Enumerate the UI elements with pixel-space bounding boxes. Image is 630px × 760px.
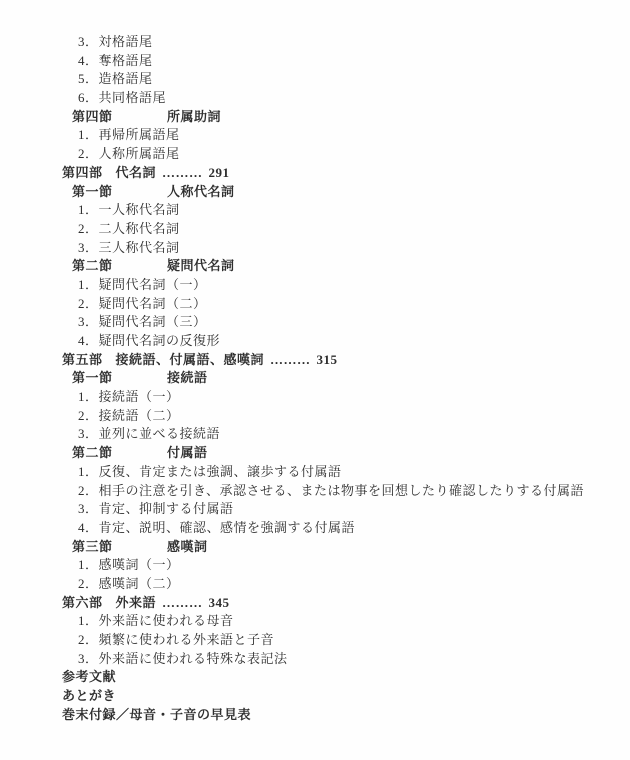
- toc-entry-text: 3．対格語尾: [78, 34, 153, 49]
- toc-entry-text: 2．接続語（二）: [78, 408, 180, 423]
- toc-entry-label: 第二節: [72, 257, 167, 276]
- toc-entry-title: 感嘆詞: [167, 539, 208, 554]
- toc-entry: 巻末付録／母音・子音の早見表: [0, 706, 630, 725]
- document-page: 3．対格語尾4．奪格語尾5．造格語尾6．共同格語尾第四節所属助詞1．再帰所属語尾…: [0, 0, 630, 760]
- toc-entry-text: 2．相手の注意を引き、承認させる、または物事を回想したり確認したりする付属語: [78, 483, 584, 498]
- toc-entry-title: 代名詞: [116, 165, 157, 180]
- toc-entry-label: 第一節: [72, 183, 167, 202]
- toc-entry-text: 1．疑問代名詞（一）: [78, 277, 207, 292]
- toc-page-number: 345: [209, 595, 230, 610]
- toc-entry-label: 第四部: [62, 165, 103, 180]
- toc-entry: 4．奪格語尾: [0, 52, 630, 71]
- toc-entry: 2．感嘆詞（二）: [0, 575, 630, 594]
- toc-entry-text: 巻末付録／母音・子音の早見表: [62, 707, 251, 722]
- toc-entry-label: 第四節: [72, 108, 167, 127]
- leader-dots: ………: [270, 352, 311, 367]
- toc-entry-label: 第六部: [62, 595, 103, 610]
- toc-entry: 第二節付属語: [0, 444, 630, 463]
- toc-entry-title: 人称代名詞: [167, 184, 235, 199]
- toc-entry-title: 接続語、付属語、感嘆詞: [116, 352, 265, 367]
- toc-entry-text: 3．疑問代名詞（三）: [78, 314, 207, 329]
- toc-entry: 第四節所属助詞: [0, 108, 630, 127]
- toc-entry: 3．肯定、抑制する付属語: [0, 500, 630, 519]
- toc-entry: 1．接続語（一）: [0, 388, 630, 407]
- toc-entry-text: 3．並列に並べる接続語: [78, 426, 220, 441]
- toc-entry: 1．反復、肯定または強調、譲歩する付属語: [0, 463, 630, 482]
- toc-entry: 1．疑問代名詞（一）: [0, 276, 630, 295]
- toc-entry-label: 第五部: [62, 352, 103, 367]
- toc-entry: あとがき: [0, 687, 630, 706]
- toc-entry: 第三節感嘆詞: [0, 538, 630, 557]
- toc-entry: 第五部接続語、付属語、感嘆詞………315: [0, 351, 630, 370]
- toc-entry-title: 疑問代名詞: [167, 258, 235, 273]
- toc-entry: 3．疑問代名詞（三）: [0, 313, 630, 332]
- leader-dots: ………: [162, 595, 203, 610]
- toc-entry-text: 4．奪格語尾: [78, 53, 153, 68]
- toc-entry-text: 3．三人称代名詞: [78, 240, 180, 255]
- toc-entry-text: 2．二人称代名詞: [78, 221, 180, 236]
- toc-entry: 1．感嘆詞（一）: [0, 556, 630, 575]
- toc-entry-text: 4．肯定、説明、確認、感情を強調する付属語: [78, 520, 355, 535]
- toc-entry-text: 1．感嘆詞（一）: [78, 557, 180, 572]
- toc-entry-label: 第二節: [72, 444, 167, 463]
- toc-page-number: 315: [317, 352, 338, 367]
- toc-entry-text: 1．反復、肯定または強調、譲歩する付属語: [78, 464, 342, 479]
- toc-entry: 3．三人称代名詞: [0, 239, 630, 258]
- toc-entry: 2．人称所属語尾: [0, 145, 630, 164]
- toc-entry-text: 3．外来語に使われる特殊な表記法: [78, 651, 288, 666]
- toc-entry-text: 6．共同格語尾: [78, 90, 166, 105]
- toc-entry-label: 第一節: [72, 369, 167, 388]
- toc-entry: 2．接続語（二）: [0, 407, 630, 426]
- toc-entry: 3．外来語に使われる特殊な表記法: [0, 650, 630, 669]
- toc-entry-text: 参考文献: [62, 669, 116, 684]
- toc-entry: 1．一人称代名詞: [0, 201, 630, 220]
- toc-entry-text: 1．再帰所属語尾: [78, 127, 180, 142]
- toc-entry-text: 1．一人称代名詞: [78, 202, 180, 217]
- toc-entry: 5．造格語尾: [0, 70, 630, 89]
- toc-entry: 2．相手の注意を引き、承認させる、または物事を回想したり確認したりする付属語: [0, 482, 630, 501]
- toc-entry-text: 2．頻繁に使われる外来語と子音: [78, 632, 274, 647]
- toc-entry: 4．肯定、説明、確認、感情を強調する付属語: [0, 519, 630, 538]
- toc-entry-text: 3．肯定、抑制する付属語: [78, 501, 234, 516]
- leader-dots: ………: [162, 165, 203, 180]
- toc-entry-text: 5．造格語尾: [78, 71, 153, 86]
- toc-entry-title: 接続語: [167, 370, 208, 385]
- toc-entry-title: 外来語: [116, 595, 157, 610]
- toc-entry-title: 所属助詞: [167, 109, 221, 124]
- toc-entry: 3．対格語尾: [0, 33, 630, 52]
- toc-entry: 6．共同格語尾: [0, 89, 630, 108]
- toc-entry: 1．再帰所属語尾: [0, 126, 630, 145]
- toc-entry: 2．疑問代名詞（二）: [0, 295, 630, 314]
- toc-entry-text: 4．疑問代名詞の反復形: [78, 333, 220, 348]
- toc-entry-text: 2．人称所属語尾: [78, 146, 180, 161]
- toc-entry: 第六部外来語………345: [0, 594, 630, 613]
- toc-page-number: 291: [209, 165, 230, 180]
- toc-entry: 1．外来語に使われる母音: [0, 612, 630, 631]
- toc-entry-text: あとがき: [62, 688, 116, 703]
- toc-entry-label: 第三節: [72, 538, 167, 557]
- toc-entry: 第一節接続語: [0, 369, 630, 388]
- toc-entry-text: 2．感嘆詞（二）: [78, 576, 180, 591]
- toc-entry: 4．疑問代名詞の反復形: [0, 332, 630, 351]
- toc-entry: 参考文献: [0, 668, 630, 687]
- toc-entry-text: 1．接続語（一）: [78, 389, 180, 404]
- toc-entry: 第四部代名詞………291: [0, 164, 630, 183]
- toc-entry-title: 付属語: [167, 445, 208, 460]
- toc-entry: 第二節疑問代名詞: [0, 257, 630, 276]
- toc-entry: 第一節人称代名詞: [0, 183, 630, 202]
- toc-list: 3．対格語尾4．奪格語尾5．造格語尾6．共同格語尾第四節所属助詞1．再帰所属語尾…: [0, 33, 630, 724]
- toc-entry: 2．二人称代名詞: [0, 220, 630, 239]
- toc-entry: 3．並列に並べる接続語: [0, 425, 630, 444]
- toc-entry-text: 1．外来語に使われる母音: [78, 613, 234, 628]
- toc-entry-text: 2．疑問代名詞（二）: [78, 296, 207, 311]
- toc-entry: 2．頻繁に使われる外来語と子音: [0, 631, 630, 650]
